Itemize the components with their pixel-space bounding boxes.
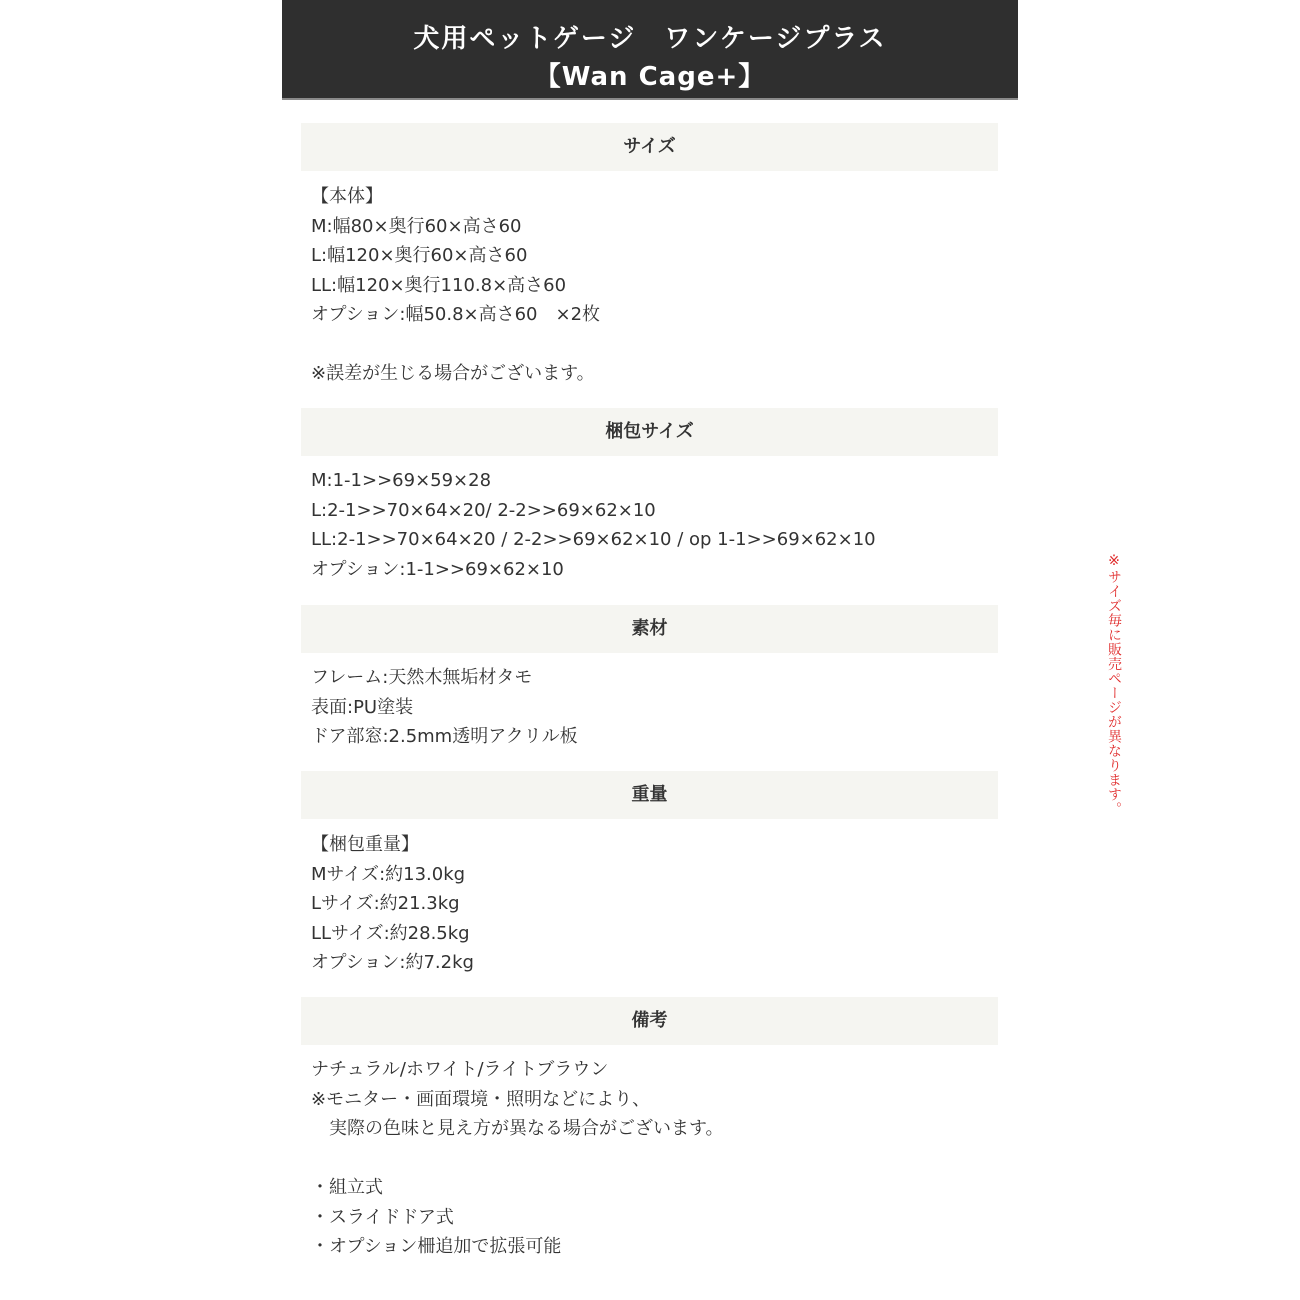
title-banner: 犬用ペットゲージ ワンケージプラス 【Wan Cage+】 — [282, 0, 1018, 100]
feature-item: ・組立式 — [311, 1173, 991, 1203]
spec-line: ※モニター・画面環境・照明などにより、 — [311, 1085, 991, 1115]
spec-line: LL:2-1>>70×64×20 / 2-2>>69×62×10 / op 1-… — [311, 525, 991, 555]
section-header-size: サイズ — [301, 123, 998, 171]
spec-line: L:幅120×奥行60×高さ60 — [311, 241, 991, 271]
section-body-material: フレーム:天然木無垢材タモ 表面:PU塗装 ドア部窓:2.5mm透明アクリル板 — [311, 663, 991, 752]
banner-title-japanese: 犬用ペットゲージ ワンケージプラス — [282, 18, 1018, 55]
section-header-remarks: 備考 — [301, 997, 998, 1045]
section-body-size: 【本体】 M:幅80×奥行60×高さ60 L:幅120×奥行60×高さ60 LL… — [311, 182, 991, 389]
feature-item: ・オプション柵追加で拡張可能 — [311, 1232, 991, 1262]
spec-line: Mサイズ:約13.0kg — [311, 860, 991, 890]
spec-line: オプション:1-1>>69×62×10 — [311, 555, 991, 585]
spec-line: L:2-1>>70×64×20/ 2-2>>69×62×10 — [311, 496, 991, 526]
spec-line: オプション:幅50.8×高さ60 ×2枚 — [311, 300, 991, 330]
section-body-remarks: ナチュラル/ホワイト/ライトブラウン ※モニター・画面環境・照明などにより、 実… — [311, 1055, 991, 1262]
spec-line: ナチュラル/ホワイト/ライトブラウン — [311, 1055, 991, 1085]
spacer — [311, 330, 991, 360]
spec-line: LL:幅120×奥行110.8×高さ60 — [311, 271, 991, 301]
spec-line: M:幅80×奥行60×高さ60 — [311, 212, 991, 242]
spec-line: フレーム:天然木無垢材タモ — [311, 663, 991, 693]
spec-line: 実際の色味と見え方が異なる場合がございます。 — [311, 1114, 991, 1144]
section-header-package-size: 梱包サイズ — [301, 408, 998, 456]
section-body-weight: 【梱包重量】 Mサイズ:約13.0kg Lサイズ:約21.3kg LLサイズ:約… — [311, 830, 991, 978]
spec-line: ドア部窓:2.5mm透明アクリル板 — [311, 722, 991, 752]
spacer — [311, 1144, 991, 1174]
banner-title-english: 【Wan Cage+】 — [282, 56, 1018, 93]
side-note-vertical: ※サイズ毎に販売ページが異なります。 — [1106, 553, 1122, 816]
section-body-package-size: M:1-1>>69×59×28 L:2-1>>70×64×20/ 2-2>>69… — [311, 466, 991, 584]
spec-line: オプション:約7.2kg — [311, 948, 991, 978]
spec-line: LLサイズ:約28.5kg — [311, 919, 991, 949]
section-header-material: 素材 — [301, 605, 998, 653]
section-header-weight: 重量 — [301, 771, 998, 819]
spec-line: 表面:PU塗装 — [311, 693, 991, 723]
spec-line: Lサイズ:約21.3kg — [311, 889, 991, 919]
spec-line: 【本体】 — [311, 182, 991, 212]
feature-item: ・スライドドア式 — [311, 1203, 991, 1233]
spec-line: M:1-1>>69×59×28 — [311, 466, 991, 496]
spec-note: ※誤差が生じる場合がございます。 — [311, 359, 991, 389]
spec-line: 【梱包重量】 — [311, 830, 991, 860]
